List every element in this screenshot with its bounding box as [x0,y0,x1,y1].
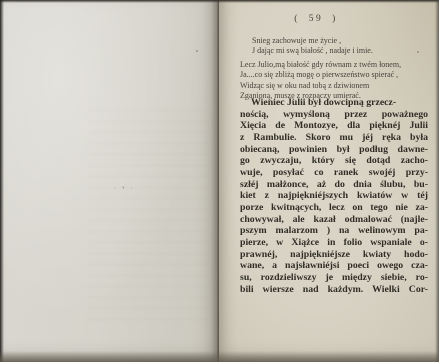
para-line: szłéj małżonce, aż do dnia ślubu, bu- [240,179,428,191]
pencil-mark: · + · [114,186,134,192]
para-line: chowywał, ale kazał odmalować (najle- [240,214,428,226]
para-line: wane, a najsławniéjsi poeci owego cza- [240,260,428,272]
book-scan: · + · ( 59 ) Snieg zachowuje me życie ,J… [0,0,439,362]
poem-line: Widząc się w oku nad tobą z dziwionem [240,81,432,91]
para-line: wuje, posyłać co ranek swojéj przy- [240,167,428,179]
ink-speck [196,50,198,52]
para-line: Wieniec Julii był dowcipną grzecz- [240,97,428,109]
left-page: · + · [0,0,219,362]
para-line: nością, wymyśloną przez poważnego [240,109,428,121]
poem-line: Snieg zachowuje me życie , [252,36,439,46]
para-line: obiecaną, powinien był podług dawne- [240,144,428,156]
para-line: porze kwitnących, lecz on tego nie za- [240,202,428,214]
poem-line: Lecz Julio,mą białość gdy równam z twém … [240,60,432,70]
para-line: pszym malarzom ) na welinowym pa- [240,225,428,237]
ink-speck [417,51,419,53]
poem-line: J dając mi swą białość , nadaje i imie. [252,46,439,56]
poem-line: Ja....co się zbliżą mogę o pierwszeństwo… [240,70,432,80]
poem-quatrain: Lecz Julio,mą białość gdy równam z twém … [240,60,432,101]
para-line: kiet z najpiękniéjszych kwiatów w téj [240,190,428,202]
para-line: bili wiersze nad każdym. Wielki Cor- [240,284,428,296]
para-line: z Rambulie. Skoro mu jéj ręka była [240,132,428,144]
poem-couplet: Snieg zachowuje me życie ,J dając mi swą… [252,36,439,57]
showthrough-ghost-text [88,110,208,330]
page-number: ( 59 ) [240,14,392,24]
para-line: su, rozdzieliwszy je między siebie, ro- [240,272,428,284]
body-paragraph: Wieniec Julii był dowcipną grzecz-nością… [240,97,428,295]
right-page: ( 59 ) Snieg zachowuje me życie ,J dając… [219,0,439,362]
para-line: Xięcia de Montozye, dla pięknéj Julii [240,120,428,132]
para-line: go zwyczaju, który się dotąd zacho- [240,155,428,167]
para-line: pierze, w Xiążce in folio wspaniale o- [240,237,428,249]
para-line: prawnéj, najpiękniéjsze kwiaty hodo- [240,249,428,261]
